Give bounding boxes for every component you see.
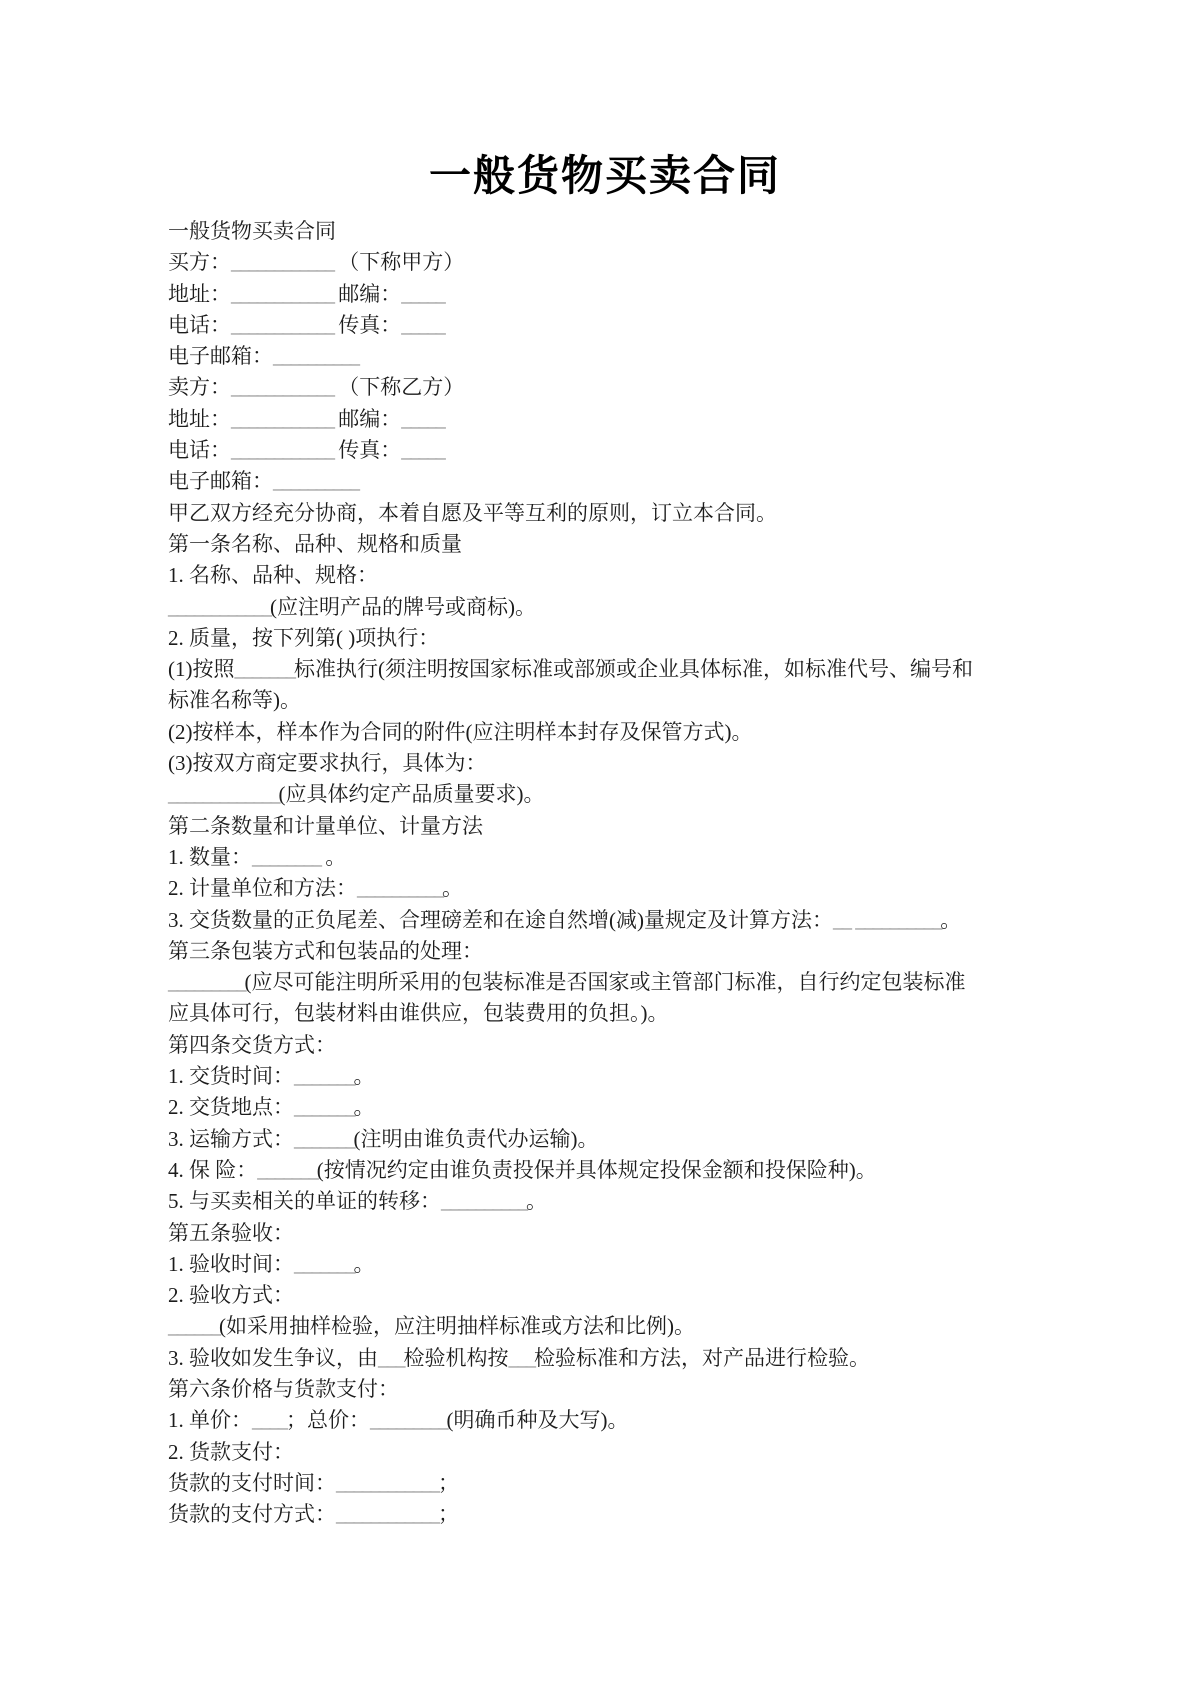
blank-field: _______ — [294, 1095, 354, 1119]
document-line: 第三条包装方式和包装品的处理： — [168, 936, 1150, 967]
document-line: 甲乙双方经充分协商，本着自愿及平等互利的原则，订立本合同。 — [168, 498, 1150, 529]
document-line: 2. 计量单位和方法：__________。 — [168, 873, 1150, 904]
blank-field: _____ — [401, 313, 444, 337]
document-line: 1. 交货时间：_______。 — [168, 1061, 1150, 1092]
document-line: _____________(应具体约定产品质量要求)。 — [168, 779, 1150, 810]
blank-field: __ — [833, 908, 850, 932]
document-line: 货款的支付时间：____________； — [168, 1468, 1150, 1499]
document-line: 3. 交货数量的正负尾差、合理磅差和在途自然增(减)量规定及计算方法：__ __… — [168, 905, 1150, 936]
blank-field: __________ — [273, 344, 358, 368]
blank-field: _______ — [294, 1127, 354, 1151]
blank-field: _____ — [401, 438, 444, 462]
document-line: 1. 单价：____；总价：_________(明确币种及大写)。 — [168, 1405, 1150, 1436]
document-line: 3. 验收如发生争议，由___检验机构按___检验标准和方法，对产品进行检验。 — [168, 1343, 1150, 1374]
blank-field: _______ — [294, 1064, 354, 1088]
document-line: 电子邮箱：__________ — [168, 466, 1150, 497]
document-line: 电子邮箱：__________ — [168, 341, 1150, 372]
document-line: 货款的支付方式：____________； — [168, 1499, 1150, 1530]
document-line: 2. 交货地点：_______。 — [168, 1092, 1150, 1123]
document-line: ______(如采用抽样检验，应注明抽样标准或方法和比例)。 — [168, 1311, 1150, 1342]
document-line: 地址：____________ 邮编：_____ — [168, 279, 1150, 310]
blank-field: __________ — [855, 908, 940, 932]
document-line: 3. 运输方式：_______(注明由谁负责代办运输)。 — [168, 1124, 1150, 1155]
blank-field: _________ — [370, 1408, 447, 1432]
document-line: (1)按照_______标准执行(须注明按国家标准或部颁或企业具体标准，如标准代… — [168, 654, 1150, 685]
blank-field: _______ — [257, 1158, 317, 1182]
document-line: 第六条价格与货款支付： — [168, 1374, 1150, 1405]
blank-field: __________ — [273, 469, 358, 493]
document-line: 买方：____________ （下称甲方） — [168, 247, 1150, 278]
document-line: 应具体可行，包装材料由谁供应，包装费用的负担。)。 — [168, 998, 1150, 1029]
blank-field: ______ — [168, 1314, 219, 1338]
blank-field: _________ — [168, 970, 245, 994]
document-line: 电话：____________ 传真：_____ — [168, 435, 1150, 466]
blank-field: ____________ — [336, 1502, 438, 1526]
document-line: 1. 验收时间：_______。 — [168, 1249, 1150, 1280]
document-line: 1. 名称、品种、规格： — [168, 560, 1150, 591]
document-line: 第四条交货方式： — [168, 1030, 1150, 1061]
blank-field: ___ — [378, 1346, 404, 1370]
document-line: 2. 质量，按下列第( )项执行： — [168, 623, 1150, 654]
blank-field: ____________ — [231, 250, 333, 274]
document-line: ____________(应注明产品的牌号或商标)。 — [168, 592, 1150, 623]
document-line: 1. 数量：________ 。 — [168, 842, 1150, 873]
blank-field: ____________ — [336, 1471, 438, 1495]
document-line: 电话：____________ 传真：_____ — [168, 310, 1150, 341]
blank-field: _______ — [235, 657, 295, 681]
document-line: 第一条名称、品种、规格和质量 — [168, 529, 1150, 560]
document-line: 卖方：____________ （下称乙方） — [168, 372, 1150, 403]
document-line: _________(应尽可能注明所采用的包装标准是否国家或主管部门标准，自行约定… — [168, 967, 1150, 998]
blank-field: ____________ — [231, 407, 333, 431]
document-title: 一般货物买卖合同 — [168, 153, 1042, 201]
document-line: 第五条验收： — [168, 1218, 1150, 1249]
blank-field: __________ — [441, 1189, 526, 1213]
blank-field: ____________ — [231, 375, 333, 399]
blank-field: _______ — [294, 1252, 354, 1276]
document-line: (2)按样本，样本作为合同的附件(应注明样本封存及保管方式)。 — [168, 717, 1150, 748]
blank-field: ____ — [252, 1408, 286, 1432]
document-body: 一般货物买卖合同买方：____________ （下称甲方）地址：_______… — [168, 216, 1150, 1530]
blank-field: ________ — [252, 845, 320, 869]
document-line: 一般货物买卖合同 — [168, 216, 1150, 247]
document-line: 地址：____________ 邮编：_____ — [168, 404, 1150, 435]
blank-field: ___ — [509, 1346, 535, 1370]
blank-field: ____________ — [231, 438, 333, 462]
document-line: 5. 与买卖相关的单证的转移：__________。 — [168, 1186, 1150, 1217]
contract-page: 一般货物买卖合同 一般货物买卖合同买方：____________ （下称甲方）地… — [0, 0, 1190, 1683]
blank-field: ____________ — [168, 595, 270, 619]
document-line: 2. 验收方式： — [168, 1280, 1150, 1311]
document-line: 标准名称等)。 — [168, 685, 1150, 716]
blank-field: _____________ — [168, 782, 279, 806]
blank-field: _____ — [401, 407, 444, 431]
document-line: (3)按双方商定要求执行，具体为： — [168, 748, 1150, 779]
document-line: 2. 货款支付： — [168, 1437, 1150, 1468]
document-line: 第二条数量和计量单位、计量方法 — [168, 811, 1150, 842]
document-line: 4. 保 险：_______(按情况约定由谁负责投保并具体规定投保金额和投保险种… — [168, 1155, 1150, 1186]
blank-field: ____________ — [231, 282, 333, 306]
blank-field: _____ — [401, 282, 444, 306]
blank-field: ____________ — [231, 313, 333, 337]
blank-field: __________ — [357, 876, 442, 900]
